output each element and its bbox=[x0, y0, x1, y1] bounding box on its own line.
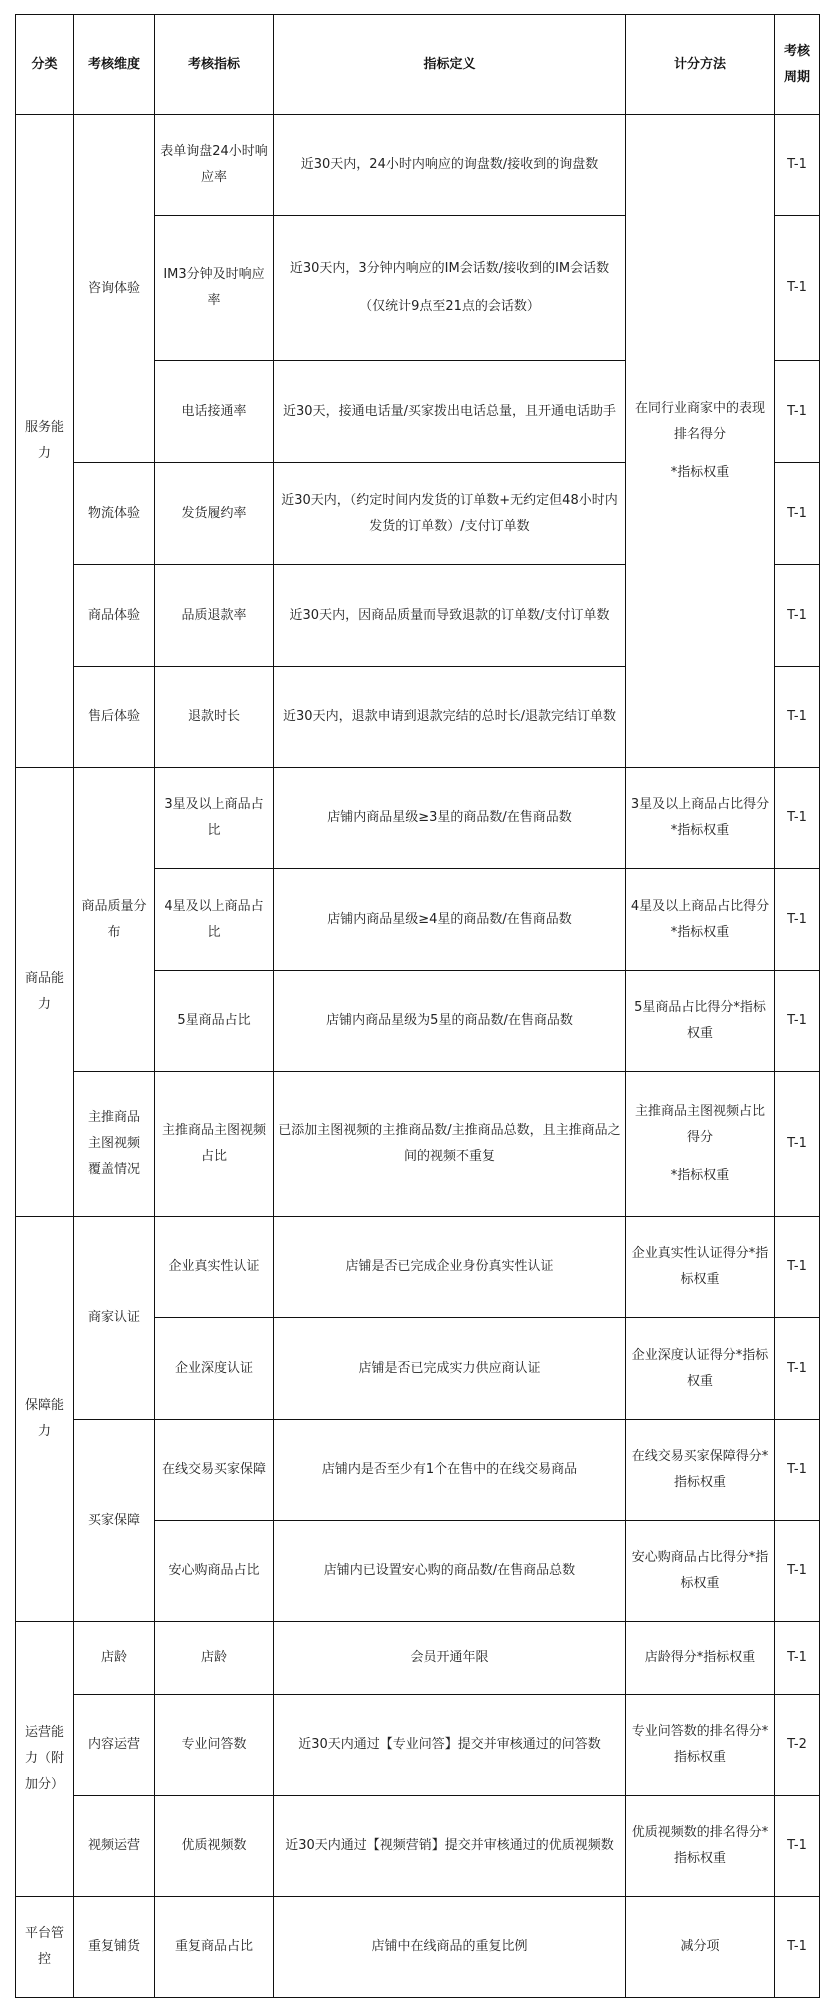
scoring-text: 在同行业商家中的表现排名得分 bbox=[629, 396, 771, 448]
definition-cell: 近30天内，24小时内响应的询盘数/接收到的询盘数 bbox=[274, 115, 626, 216]
header-scoring: 计分方法 bbox=[626, 15, 775, 115]
scoring-weight: *指标权重 bbox=[629, 1163, 771, 1189]
dimension-cell: 内容运营 bbox=[74, 1695, 155, 1796]
definition-cell: 店铺内是否至少有1个在售中的在线交易商品 bbox=[274, 1420, 626, 1521]
definition-cell: 近30天内，因商品质量而导致退款的订单数/支付订单数 bbox=[274, 565, 626, 667]
category-cell: 保障能力 bbox=[16, 1217, 74, 1622]
header-indicator: 考核指标 bbox=[155, 15, 274, 115]
table-row: 视频运营 优质视频数 近30天内通过【视频营销】提交并审核通过的优质视频数 优质… bbox=[16, 1796, 820, 1897]
scoring-cell: 在线交易买家保障得分*指标权重 bbox=[626, 1420, 775, 1521]
scoring-cell: 安心购商品占比得分*指标权重 bbox=[626, 1521, 775, 1622]
indicator-cell: 5星商品占比 bbox=[155, 971, 274, 1072]
table-row: 服务能力 咨询体验 表单询盘24小时响应率 近30天内，24小时内响应的询盘数/… bbox=[16, 115, 820, 216]
period-cell: T-1 bbox=[775, 667, 820, 768]
period-cell: T-1 bbox=[775, 1897, 820, 1998]
indicator-cell: 企业深度认证 bbox=[155, 1318, 274, 1420]
category-cell: 平台管控 bbox=[16, 1897, 74, 1998]
table-row: 内容运营 专业问答数 近30天内通过【专业问答】提交并审核通过的问答数 专业问答… bbox=[16, 1695, 820, 1796]
period-cell: T-1 bbox=[775, 1318, 820, 1420]
scoring-weight: *指标权重 bbox=[629, 460, 771, 486]
table-row: 平台管控 重复铺货 重复商品占比 店铺中在线商品的重复比例 减分项 T-1 bbox=[16, 1897, 820, 1998]
definition-cell: 已添加主图视频的主推商品数/主推商品总数，且主推商品之间的视频不重复 bbox=[274, 1072, 626, 1217]
period-cell: T-2 bbox=[775, 1695, 820, 1796]
header-definition: 指标定义 bbox=[274, 15, 626, 115]
scoring-cell: 企业深度认证得分*指标权重 bbox=[626, 1318, 775, 1420]
definition-cell: 近30天内通过【视频营销】提交并审核通过的优质视频数 bbox=[274, 1796, 626, 1897]
indicator-cell: IM3分钟及时响应率 bbox=[155, 216, 274, 361]
category-cell: 服务能力 bbox=[16, 115, 74, 768]
dimension-cell: 咨询体验 bbox=[74, 115, 155, 463]
period-cell: T-1 bbox=[775, 361, 820, 463]
dimension-cell: 商品体验 bbox=[74, 565, 155, 667]
period-cell: T-1 bbox=[775, 115, 820, 216]
indicator-cell: 退款时长 bbox=[155, 667, 274, 768]
dimension-cell: 商品质量分布 bbox=[74, 768, 155, 1072]
period-cell: T-1 bbox=[775, 1217, 820, 1318]
definition-cell: 店铺内已设置安心购的商品数/在售商品总数 bbox=[274, 1521, 626, 1622]
period-cell: T-1 bbox=[775, 565, 820, 667]
dimension-cell: 售后体验 bbox=[74, 667, 155, 768]
definition-cell: 近30天内通过【专业问答】提交并审核通过的问答数 bbox=[274, 1695, 626, 1796]
scoring-cell: 主推商品主图视频占比得分 *指标权重 bbox=[626, 1072, 775, 1217]
scoring-cell: 企业真实性认证得分*指标权重 bbox=[626, 1217, 775, 1318]
period-cell: T-1 bbox=[775, 1622, 820, 1695]
header-category: 分类 bbox=[16, 15, 74, 115]
scoring-cell: 店龄得分*指标权重 bbox=[626, 1622, 775, 1695]
scoring-cell: 3星及以上商品占比得分*指标权重 bbox=[626, 768, 775, 869]
indicator-cell: 安心购商品占比 bbox=[155, 1521, 274, 1622]
dimension-cell: 视频运营 bbox=[74, 1796, 155, 1897]
dimension-cell: 商家认证 bbox=[74, 1217, 155, 1420]
definition-cell: 店铺内商品星级为5星的商品数/在售商品数 bbox=[274, 971, 626, 1072]
dimension-cell: 店龄 bbox=[74, 1622, 155, 1695]
assessment-table-container: 分类 考核维度 考核指标 指标定义 计分方法 考核周期 服务能力 咨询体验 表单… bbox=[15, 14, 820, 1998]
header-period: 考核周期 bbox=[775, 15, 820, 115]
dimension-cell: 主推商品主图视频覆盖情况 bbox=[74, 1072, 155, 1217]
indicator-cell: 在线交易买家保障 bbox=[155, 1420, 274, 1521]
indicator-cell: 表单询盘24小时响应率 bbox=[155, 115, 274, 216]
table-row: 买家保障 在线交易买家保障 店铺内是否至少有1个在售中的在线交易商品 在线交易买… bbox=[16, 1420, 820, 1521]
period-cell: T-1 bbox=[775, 216, 820, 361]
definition-cell: 店铺中在线商品的重复比例 bbox=[274, 1897, 626, 1998]
dimension-cell: 物流体验 bbox=[74, 463, 155, 565]
period-cell: T-1 bbox=[775, 1796, 820, 1897]
indicator-cell: 店龄 bbox=[155, 1622, 274, 1695]
dimension-cell: 重复铺货 bbox=[74, 1897, 155, 1998]
assessment-table: 分类 考核维度 考核指标 指标定义 计分方法 考核周期 服务能力 咨询体验 表单… bbox=[15, 14, 820, 1998]
header-row: 分类 考核维度 考核指标 指标定义 计分方法 考核周期 bbox=[16, 15, 820, 115]
definition-cell: 近30天内，退款申请到退款完结的总时长/退款完结订单数 bbox=[274, 667, 626, 768]
period-cell: T-1 bbox=[775, 1521, 820, 1622]
definition-cell: 店铺是否已完成企业身份真实性认证 bbox=[274, 1217, 626, 1318]
definition-cell: 会员开通年限 bbox=[274, 1622, 626, 1695]
definition-cell: 近30天内，3分钟内响应的IM会话数/接收到的IM会话数 （仅统计9点至21点的… bbox=[274, 216, 626, 361]
indicator-cell: 重复商品占比 bbox=[155, 1897, 274, 1998]
period-cell: T-1 bbox=[775, 463, 820, 565]
scoring-cell: 5星商品占比得分*指标权重 bbox=[626, 971, 775, 1072]
scoring-cell: 4星及以上商品占比得分*指标权重 bbox=[626, 869, 775, 971]
indicator-cell: 专业问答数 bbox=[155, 1695, 274, 1796]
scoring-cell: 专业问答数的排名得分*指标权重 bbox=[626, 1695, 775, 1796]
category-cell: 商品能力 bbox=[16, 768, 74, 1217]
definition-cell: 近30天内，（约定时间内发货的订单数+无约定但48小时内发货的订单数）/支付订单… bbox=[274, 463, 626, 565]
header-dimension: 考核维度 bbox=[74, 15, 155, 115]
period-cell: T-1 bbox=[775, 869, 820, 971]
scoring-cell: 在同行业商家中的表现排名得分 *指标权重 bbox=[626, 115, 775, 768]
indicator-cell: 主推商品主图视频占比 bbox=[155, 1072, 274, 1217]
indicator-cell: 品质退款率 bbox=[155, 565, 274, 667]
scoring-cell: 减分项 bbox=[626, 1897, 775, 1998]
scoring-cell: 优质视频数的排名得分*指标权重 bbox=[626, 1796, 775, 1897]
period-cell: T-1 bbox=[775, 1072, 820, 1217]
table-row: 运营能力（附加分） 店龄 店龄 会员开通年限 店龄得分*指标权重 T-1 bbox=[16, 1622, 820, 1695]
indicator-cell: 发货履约率 bbox=[155, 463, 274, 565]
definition-cell: 店铺是否已完成实力供应商认证 bbox=[274, 1318, 626, 1420]
definition-text: 近30天内，3分钟内响应的IM会话数/接收到的IM会话数 bbox=[277, 256, 622, 282]
period-cell: T-1 bbox=[775, 1420, 820, 1521]
definition-cell: 店铺内商品星级≥3星的商品数/在售商品数 bbox=[274, 768, 626, 869]
definition-cell: 店铺内商品星级≥4星的商品数/在售商品数 bbox=[274, 869, 626, 971]
scoring-text: 主推商品主图视频占比得分 bbox=[629, 1099, 771, 1151]
period-cell: T-1 bbox=[775, 971, 820, 1072]
table-row: 保障能力 商家认证 企业真实性认证 店铺是否已完成企业身份真实性认证 企业真实性… bbox=[16, 1217, 820, 1318]
table-row: 主推商品主图视频覆盖情况 主推商品主图视频占比 已添加主图视频的主推商品数/主推… bbox=[16, 1072, 820, 1217]
dimension-cell: 买家保障 bbox=[74, 1420, 155, 1622]
indicator-cell: 3星及以上商品占比 bbox=[155, 768, 274, 869]
category-cell: 运营能力（附加分） bbox=[16, 1622, 74, 1897]
indicator-cell: 4星及以上商品占比 bbox=[155, 869, 274, 971]
period-cell: T-1 bbox=[775, 768, 820, 869]
table-row: 商品能力 商品质量分布 3星及以上商品占比 店铺内商品星级≥3星的商品数/在售商… bbox=[16, 768, 820, 869]
indicator-cell: 电话接通率 bbox=[155, 361, 274, 463]
definition-cell: 近30天，接通电话量/买家拨出电话总量，且开通电话助手 bbox=[274, 361, 626, 463]
indicator-cell: 优质视频数 bbox=[155, 1796, 274, 1897]
definition-note: （仅统计9点至21点的会话数） bbox=[277, 294, 622, 320]
indicator-cell: 企业真实性认证 bbox=[155, 1217, 274, 1318]
